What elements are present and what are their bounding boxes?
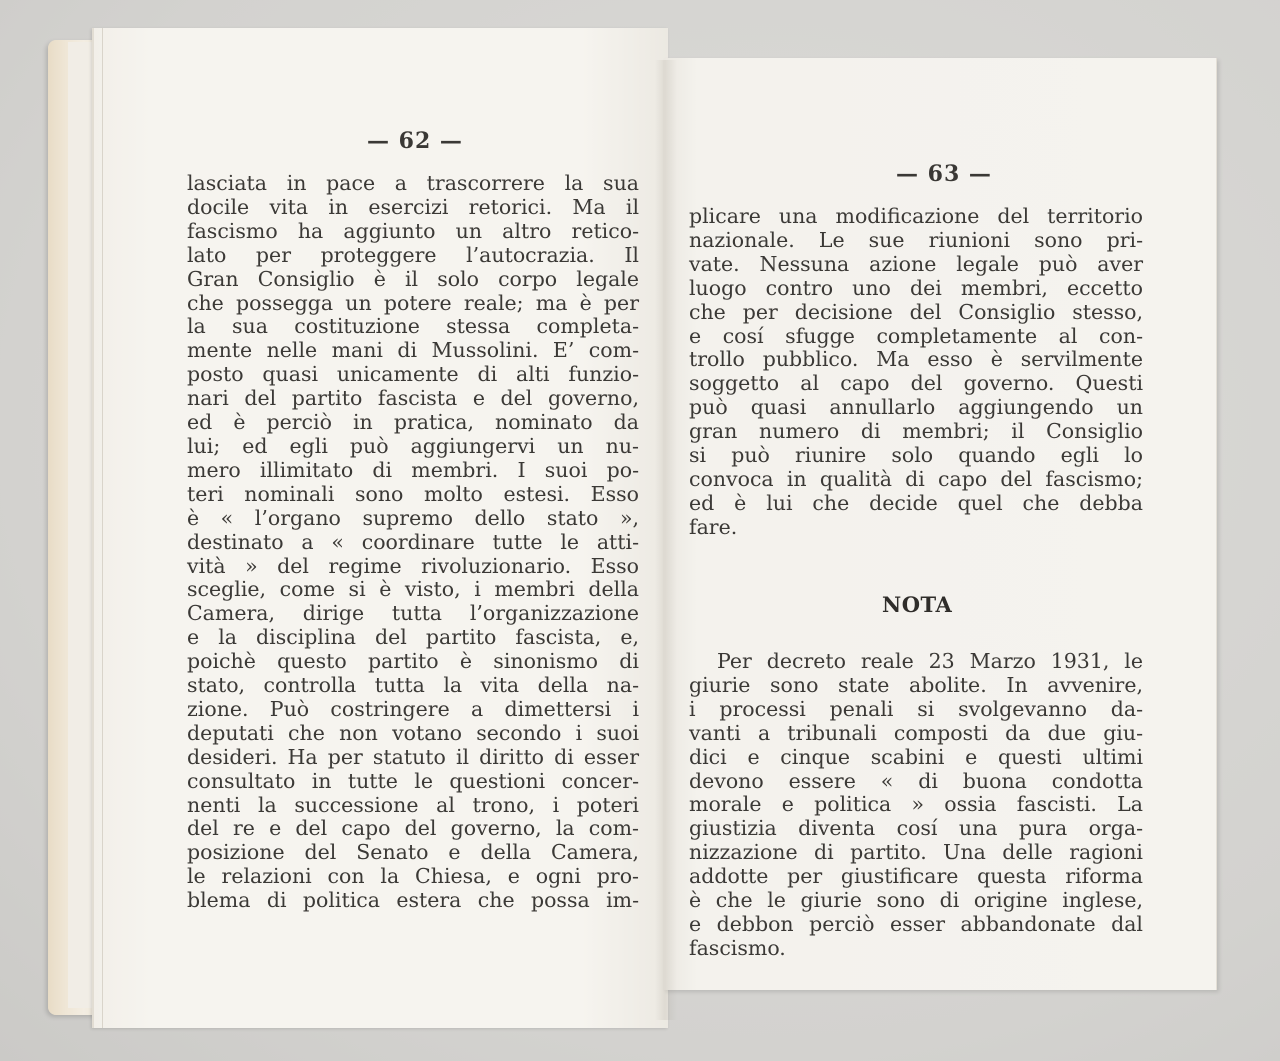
- text-line: gran numero di membri; il Consiglio: [689, 420, 1143, 444]
- text-line: lato per proteggere l’autocrazia. Il: [187, 244, 639, 268]
- text-line: teri nominali sono molto estesi. Esso: [187, 483, 639, 507]
- text-line: plicare una modificazione del territorio: [689, 205, 1143, 229]
- note-heading: NOTA: [882, 592, 952, 617]
- text-line: fascismo ha aggiunto un altro retico-: [187, 220, 639, 244]
- text-line: ed è perciò in pratica, nominato da: [187, 411, 639, 435]
- text-line: lasciata in pace a trascorrere la sua: [187, 172, 639, 196]
- text-line: Gran Consiglio è il solo corpo legale: [187, 268, 639, 292]
- text-line: giustizia diventa cosí una pura orga-: [689, 817, 1143, 841]
- left-page-rim: [92, 28, 103, 1028]
- text-line: posizione del Senato e della Camera,: [187, 841, 639, 865]
- text-line: soggetto al capo del governo. Questi: [689, 372, 1143, 396]
- text-line: fare.: [689, 516, 1143, 540]
- text-line: del re e del capo del governo, la com-: [187, 817, 639, 841]
- text-line: che per decisione del Consiglio stesso,: [689, 301, 1143, 325]
- text-line: consultato in tutte le questioni concer-: [187, 770, 639, 794]
- text-line: vate. Nessuna azione legale può aver: [689, 253, 1143, 277]
- text-line: trollo pubblico. Ma esso è servilmente: [689, 348, 1143, 372]
- text-line: i processi penali si svolgevanno da-: [689, 698, 1143, 722]
- text-line: fascismo.: [689, 937, 1143, 961]
- text-line: addotte per giustificare questa riforma: [689, 865, 1143, 889]
- text-line: si può riunire solo quando egli lo: [689, 444, 1143, 468]
- text-line: è che le giurie sono di origine inglese,: [689, 889, 1143, 913]
- text-line: e debbon perciò esser abbandonate dal: [689, 913, 1143, 937]
- text-line: le relazioni con la Chiesa, e ogni pro-: [187, 865, 639, 889]
- text-line: e cosí sfugge completamente al con-: [689, 325, 1143, 349]
- text-line: poichè questo partito è sinonismo di: [187, 650, 639, 674]
- text-line: lui; ed egli può aggiungervi un nu-: [187, 435, 639, 459]
- text-line: blema di politica estera che possa im-: [187, 889, 639, 913]
- text-line: posto quasi unicamente di alti funzio-: [187, 363, 639, 387]
- text-line: e la disciplina del partito fascista, e,: [187, 626, 639, 650]
- text-line: mente nelle mani di Mussolini. E’ com-: [187, 339, 639, 363]
- text-line: dici e cinque scabini e questi ultimi: [689, 746, 1143, 770]
- text-line: docile vita in esercizi retorici. Ma il: [187, 196, 639, 220]
- text-line: vanti a tribunali composti da due giu-: [689, 722, 1143, 746]
- note-body: Per decreto reale 23 Marzo 1931, le giur…: [689, 650, 1143, 961]
- text-line: che possegga un potere reale; ma è per: [187, 292, 639, 316]
- text-line: nenti la successione al trono, i poteri: [187, 794, 639, 818]
- right-page-body: plicare una modificazione del territorio…: [689, 205, 1143, 540]
- text-line: vità » del regime rivoluzionario. Esso: [187, 555, 639, 579]
- text-line: è « l’organo supremo dello stato »,: [187, 507, 639, 531]
- text-line: ed è lui che decide quel che debba: [689, 492, 1143, 516]
- left-page-body: lasciata in pace a trascorrere la sua do…: [187, 172, 639, 913]
- text-line: desideri. Ha per statuto il diritto di e…: [187, 746, 639, 770]
- text-line: Per decreto reale 23 Marzo 1931, le: [689, 650, 1143, 674]
- text-line: devono essere « di buona condotta: [689, 770, 1143, 794]
- text-line: convoca in qualità di capo del fascismo;: [689, 468, 1143, 492]
- book-gutter: [655, 60, 677, 1020]
- text-line: morale e politica » ossia fascisti. La: [689, 793, 1143, 817]
- text-line: zione. Può costringere a dimettersi i: [187, 698, 639, 722]
- text-line: destinato a « coordinare tutte le atti-: [187, 531, 639, 555]
- text-line: luogo contro uno dei membri, eccetto: [689, 277, 1143, 301]
- text-line: giurie sono state abolite. In avvenire,: [689, 674, 1143, 698]
- text-line: sceglie, come si è visto, i membri della: [187, 578, 639, 602]
- text-line: la sua costituzione stessa completa-: [187, 315, 639, 339]
- text-line: può quasi annullarlo aggiungendo un: [689, 396, 1143, 420]
- text-line: stato, controlla tutta la vita della na-: [187, 674, 639, 698]
- left-page-number: — 62 —: [367, 128, 463, 154]
- text-line: nizzazione di partito. Una delle ragioni: [689, 841, 1143, 865]
- text-line: nari del partito fascista e del governo,: [187, 387, 639, 411]
- right-page-number: — 63 —: [896, 161, 992, 187]
- text-line: deputati che non votano secondo i suoi: [187, 722, 639, 746]
- text-line: mero illimitato di membri. I suoi po-: [187, 459, 639, 483]
- text-line: Camera, dirige tutta l’organizzazione: [187, 602, 639, 626]
- text-line: nazionale. Le sue riunioni sono pri-: [689, 229, 1143, 253]
